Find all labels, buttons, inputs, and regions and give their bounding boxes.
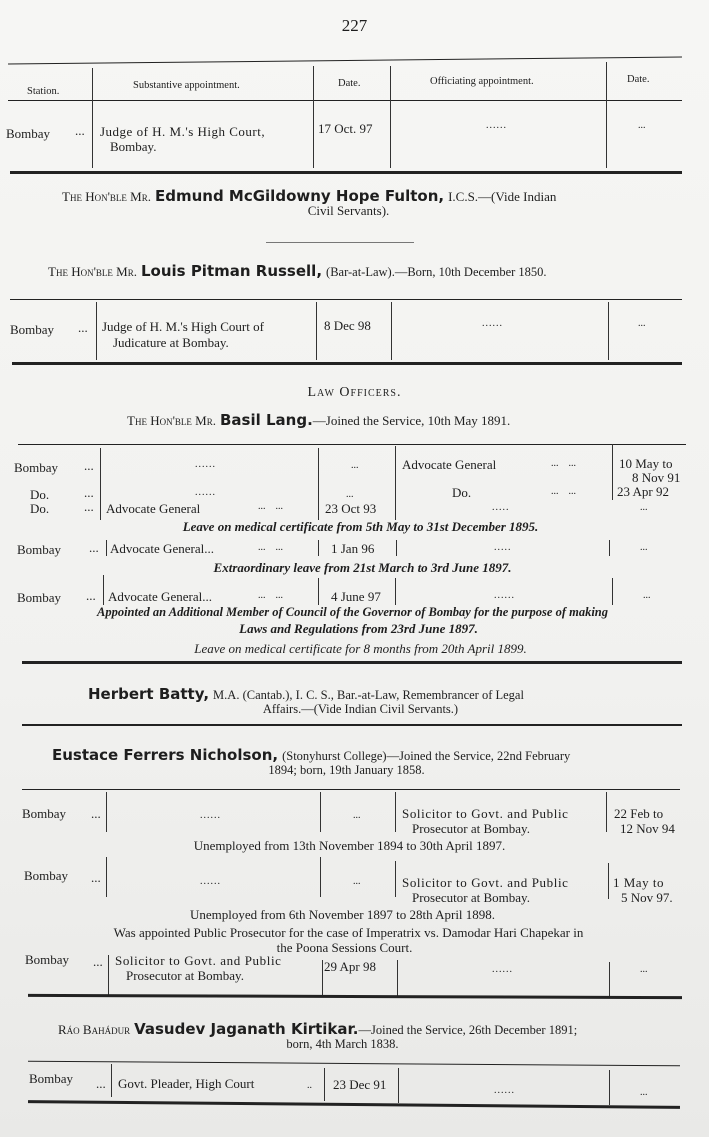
service-note: Leave on medical certificate from 5th Ma… (6, 519, 709, 535)
officer-name: Basil Lang. (220, 411, 313, 429)
service-note: Laws and Regulations from 23rd June 1897… (4, 621, 709, 637)
service-note: Unemployed from 13th November 1894 to 30… (0, 838, 704, 854)
officer-name: Eustace Ferrers Nicholson, (52, 746, 278, 764)
page-number: 227 (0, 16, 709, 36)
document-page: 227 Station. Substantive appointment. Da… (0, 0, 709, 1137)
service-note: Extraordinary leave from 21st March to 3… (8, 560, 709, 576)
header-officiating: Officiating appointment. (430, 74, 534, 89)
header-substantive: Substantive appointment. (133, 78, 240, 93)
table-top-rule (8, 56, 682, 64)
service-note: Was appointed Public Prosecutor for the … (0, 925, 703, 941)
header-rule (8, 100, 682, 101)
header-date: Date. (338, 76, 360, 91)
service-note: Unemployed from 6th November 1897 to 28t… (0, 907, 697, 923)
entry-heading: The Hon'ble Mr. Louis Pitman Russell, (B… (48, 262, 547, 281)
service-note: the Poona Sessions Court. (0, 940, 699, 956)
header-date-2: Date. (627, 72, 649, 87)
officer-name: Herbert Batty, (88, 685, 209, 703)
officer-name: Vasudev Jaganath Kirtikar. (134, 1020, 358, 1038)
divider (266, 242, 414, 243)
officer-name: Louis Pitman Russell, (141, 262, 322, 280)
service-note: Appointed an Additional Member of Counci… (0, 605, 707, 620)
table-bottom-rule (10, 171, 682, 174)
section-title: Law Officers. (0, 385, 709, 401)
header-station: Station. (27, 84, 59, 99)
service-note: Leave on medical certificate for 8 month… (6, 641, 709, 657)
entry-heading: The Hon'ble Mr. Basil Lang.—Joined the S… (127, 411, 510, 430)
